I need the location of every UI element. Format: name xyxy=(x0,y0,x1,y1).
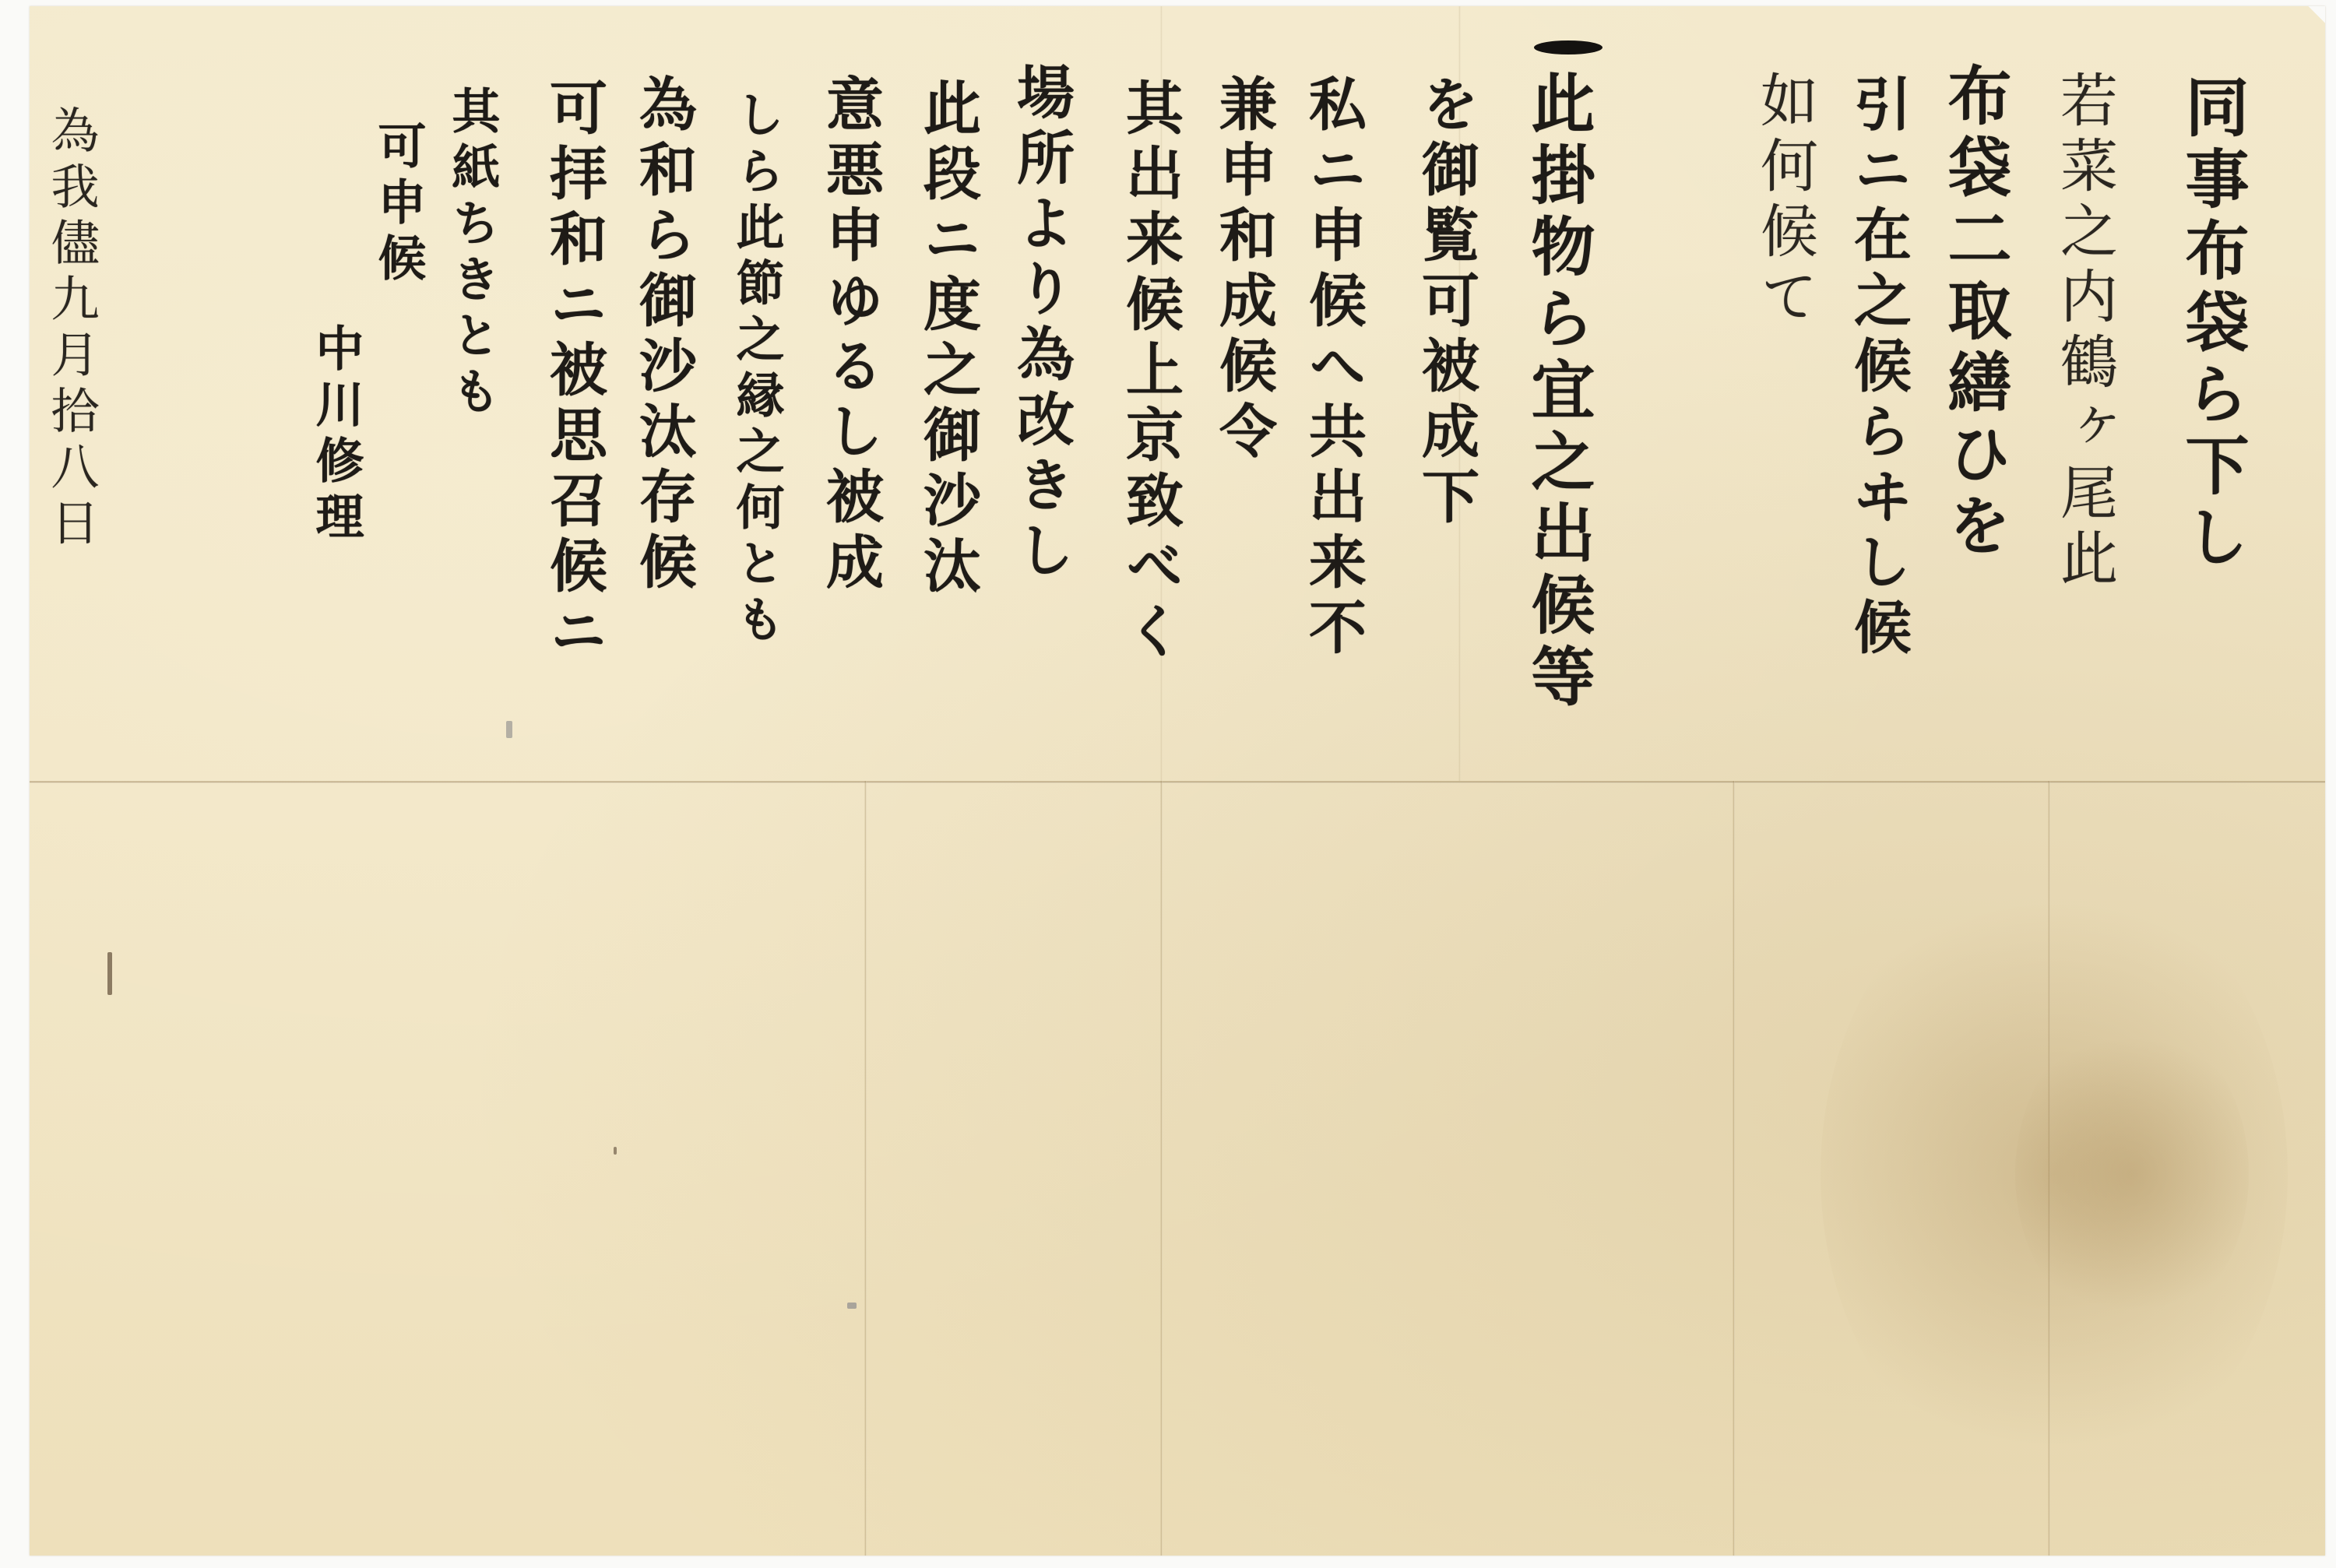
text-column-6: 此掛物ら宜之出候等 xyxy=(1526,70,1590,715)
text-column-12: 此段ニ度之御沙汰 xyxy=(919,78,976,601)
text-column-14: しら此節之縁之何とも xyxy=(732,90,780,650)
paper-blemish xyxy=(614,1147,617,1155)
text-column-5: 如何候て xyxy=(1756,70,1814,332)
text-column-7: を御覧可被成下 xyxy=(1417,74,1475,532)
vertical-fold-line xyxy=(1733,781,1735,1556)
text-column-4: 引ニ在之候らヰし候 xyxy=(1849,74,1907,663)
text-column-16: 可拝和ニ被思召候ニ xyxy=(545,78,603,666)
paper-blemish xyxy=(506,721,512,738)
item-marker-ichi xyxy=(1534,40,1602,54)
vertical-fold-line xyxy=(864,781,867,1556)
text-column-15: 為和ら御沙汰存候 xyxy=(635,74,692,597)
text-column-18: 可申候 xyxy=(374,121,422,289)
horizontal-fold-line xyxy=(30,781,2325,783)
text-column-8: 私ニ申候へ共出来不 xyxy=(1304,74,1362,663)
date-line: 為我儘九月拾八日 xyxy=(47,105,95,554)
vertical-fold-line xyxy=(1160,781,1163,1556)
text-column-2: 若菜之内鶴ヶ尾此 xyxy=(2056,70,2113,593)
text-column-10: 其出来候上京致べく xyxy=(1121,78,1179,666)
text-column-9: 兼申和成候令 xyxy=(1215,74,1272,466)
paper-blemish xyxy=(847,1303,857,1309)
text-column-17: 其紙ちきとも xyxy=(448,86,496,422)
water-stain xyxy=(2015,1018,2249,1330)
text-column-11: 場所より為改きし xyxy=(1012,62,1070,585)
text-column-3: 布袋二取繕ひを xyxy=(1943,62,2007,564)
text-column-1: 同事布袋ら下し xyxy=(2180,74,2244,575)
signature: 中川修理 xyxy=(311,323,360,547)
paper-blemish xyxy=(107,952,112,995)
text-column-13: 意悪申ゆるし被成 xyxy=(821,74,879,597)
